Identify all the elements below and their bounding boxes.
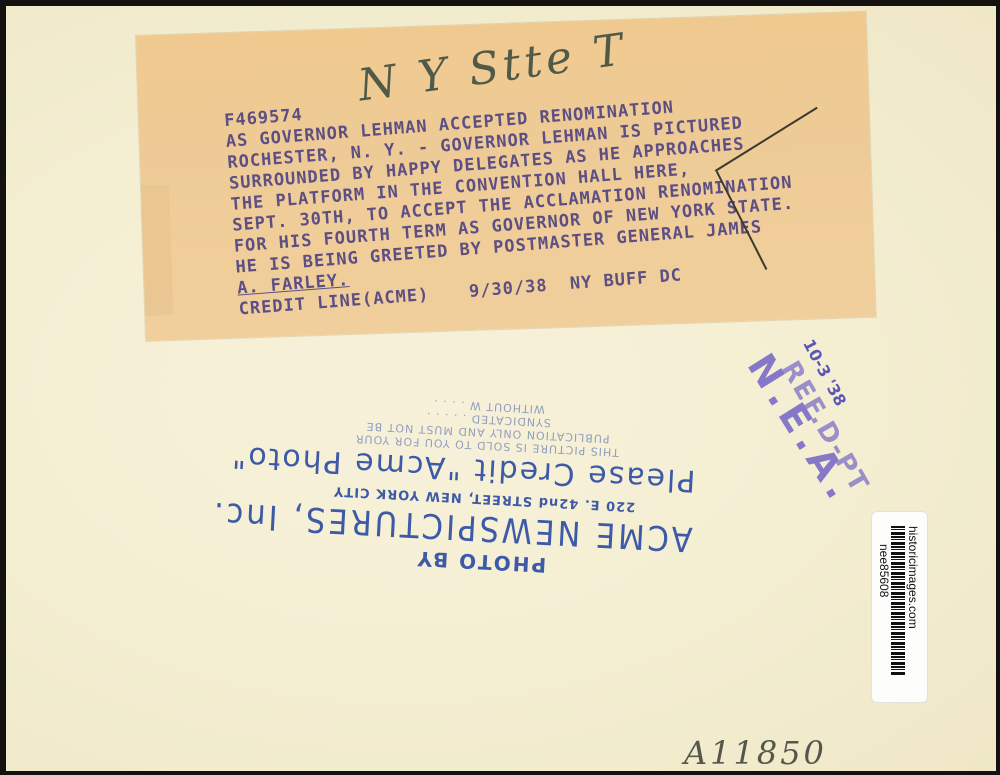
dateline: 9/30/38 [468, 276, 548, 302]
nea-received-stamp: REF.D-PT 10-3 '38 N.E.A. [746, 296, 966, 496]
barcode-icon [891, 526, 905, 676]
acme-credit-stamp: PHOTO BY ACME NEWSPICTURES, Inc. 220 E. … [270, 340, 701, 587]
sticker-site: historicimages.com [906, 526, 920, 629]
sticker-code: nee85608 [877, 544, 891, 597]
photo-back: N Y Stte T F469574 AS GOVERNOR LEHMAN AC… [6, 6, 996, 771]
bureau-code: NY BUFF DC [569, 265, 683, 294]
pencil-inventory-note: A11850 [684, 734, 827, 772]
caption-text: F469574 AS GOVERNOR LEHMAN ACCEPTED RENO… [224, 68, 800, 320]
caption-slip: N Y Stte T F469574 AS GOVERNOR LEHMAN AC… [136, 12, 876, 341]
barcode-sticker: historicimages.com nee85608 [871, 511, 928, 703]
